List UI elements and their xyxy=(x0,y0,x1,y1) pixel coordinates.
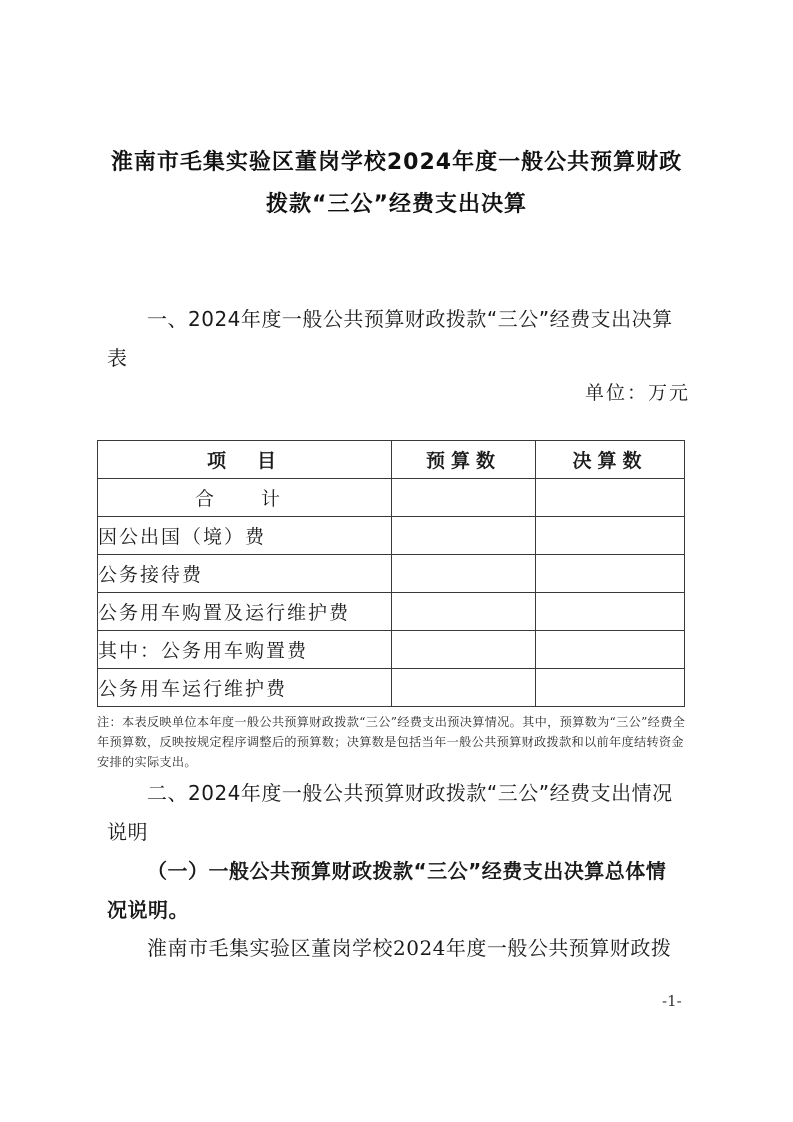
table-note: 注：本表反映单位本年度一般公共预算财政拨款“三公”经费支出预决算情况。其中，预算… xyxy=(97,712,689,772)
table-header-row: 项 目 预算数 决算数 xyxy=(98,441,685,479)
cell-budget xyxy=(392,593,536,631)
document-title-line-2: 拨款“三公”经费支出决算 xyxy=(80,187,713,218)
document-title-line-1: 淮南市毛集实验区董岗学校2024年度一般公共预算财政 xyxy=(80,145,713,176)
subsection-1-heading-continued: 况说明。 xyxy=(107,894,692,923)
section-1-heading-continued: 表 xyxy=(107,342,692,371)
header-budget: 预算数 xyxy=(392,441,536,479)
body-paragraph: 淮南市毛集实验区董岗学校2024年度一般公共预算财政拨 xyxy=(147,932,692,961)
cell-item: 公务用车运行维护费 xyxy=(98,669,392,707)
cell-budget xyxy=(392,669,536,707)
header-item: 项 目 xyxy=(98,441,392,479)
page-number: -1- xyxy=(662,992,682,1010)
cell-budget xyxy=(392,479,536,517)
cell-item: 公务接待费 xyxy=(98,555,392,593)
cell-final xyxy=(536,669,685,707)
subsection-1-heading: （一）一般公共预算财政拨款“三公”经费支出决算总体情 xyxy=(147,855,692,884)
cell-item: 公务用车购置及运行维护费 xyxy=(98,593,392,631)
cell-budget xyxy=(392,555,536,593)
cell-budget xyxy=(392,517,536,555)
cell-final xyxy=(536,555,685,593)
section-2-heading-continued: 说明 xyxy=(107,816,692,845)
cell-item: 因公出国（境）费 xyxy=(98,517,392,555)
sangong-expense-table: 项 目 预算数 决算数 合 计 因公出国（境）费 公务接待费 公务用车购置及运行… xyxy=(97,440,685,707)
table-row: 公务用车运行维护费 xyxy=(98,669,685,707)
cell-budget xyxy=(392,631,536,669)
cell-item: 合 计 xyxy=(98,479,392,517)
table-row: 公务用车购置及运行维护费 xyxy=(98,593,685,631)
section-1-heading: 一、2024年度一般公共预算财政拨款“三公”经费支出决算 xyxy=(147,303,692,332)
cell-final xyxy=(536,631,685,669)
cell-final xyxy=(536,593,685,631)
unit-label: 单位：万元 xyxy=(585,378,690,405)
table-row: 公务接待费 xyxy=(98,555,685,593)
header-final: 决算数 xyxy=(536,441,685,479)
table-row: 其中：公务用车购置费 xyxy=(98,631,685,669)
table-row: 因公出国（境）费 xyxy=(98,517,685,555)
cell-final xyxy=(536,517,685,555)
cell-item: 其中：公务用车购置费 xyxy=(98,631,392,669)
section-2-heading: 二、2024年度一般公共预算财政拨款“三公”经费支出情况 xyxy=(147,777,692,806)
cell-final xyxy=(536,479,685,517)
table-row-total: 合 计 xyxy=(98,479,685,517)
